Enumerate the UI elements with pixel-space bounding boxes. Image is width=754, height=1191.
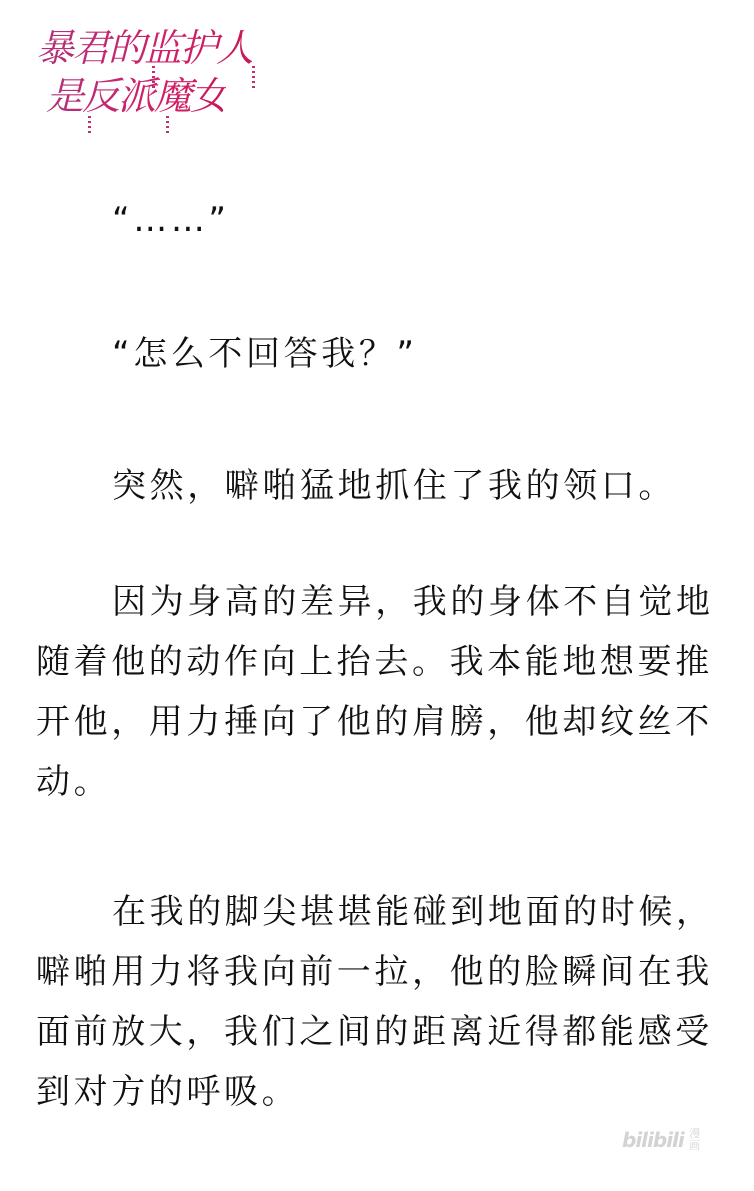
watermark-sub: 漫画 <box>688 1128 702 1152</box>
dialogue-paragraph-2: “怎么不回答我？” <box>36 324 726 384</box>
watermark-brand: bilibili <box>622 1128 684 1152</box>
logo-ornament-dots <box>152 66 155 90</box>
logo-title-line-2: 是反派魔女 <box>46 74 226 118</box>
logo-ornament-dots <box>166 116 169 134</box>
narration-paragraph-3: 在我的脚尖堪堪能碰到地面的时候，噼啪用力将我向前一拉，他的脸瞬间在我面前放大，我… <box>36 882 726 1122</box>
narration-paragraph-2: 因为身高的差异，我的身体不自觉地随着他的动作向上抬去。我本能地想要推开他，用力捶… <box>36 572 726 812</box>
narration-paragraph-1: 突然，噼啪猛地抓住了我的领口。 <box>36 456 726 516</box>
comic-title-logo: 暴君的监护人 是反派魔女 <box>36 26 266 136</box>
dialogue-paragraph-1: “……” <box>36 190 726 250</box>
logo-ornament-dots <box>252 66 255 90</box>
logo-title-line-1: 暴君的监护人 <box>36 26 252 70</box>
logo-ornament-dots <box>88 116 91 134</box>
bilibili-comics-watermark: bilibili 漫画 <box>622 1128 702 1152</box>
